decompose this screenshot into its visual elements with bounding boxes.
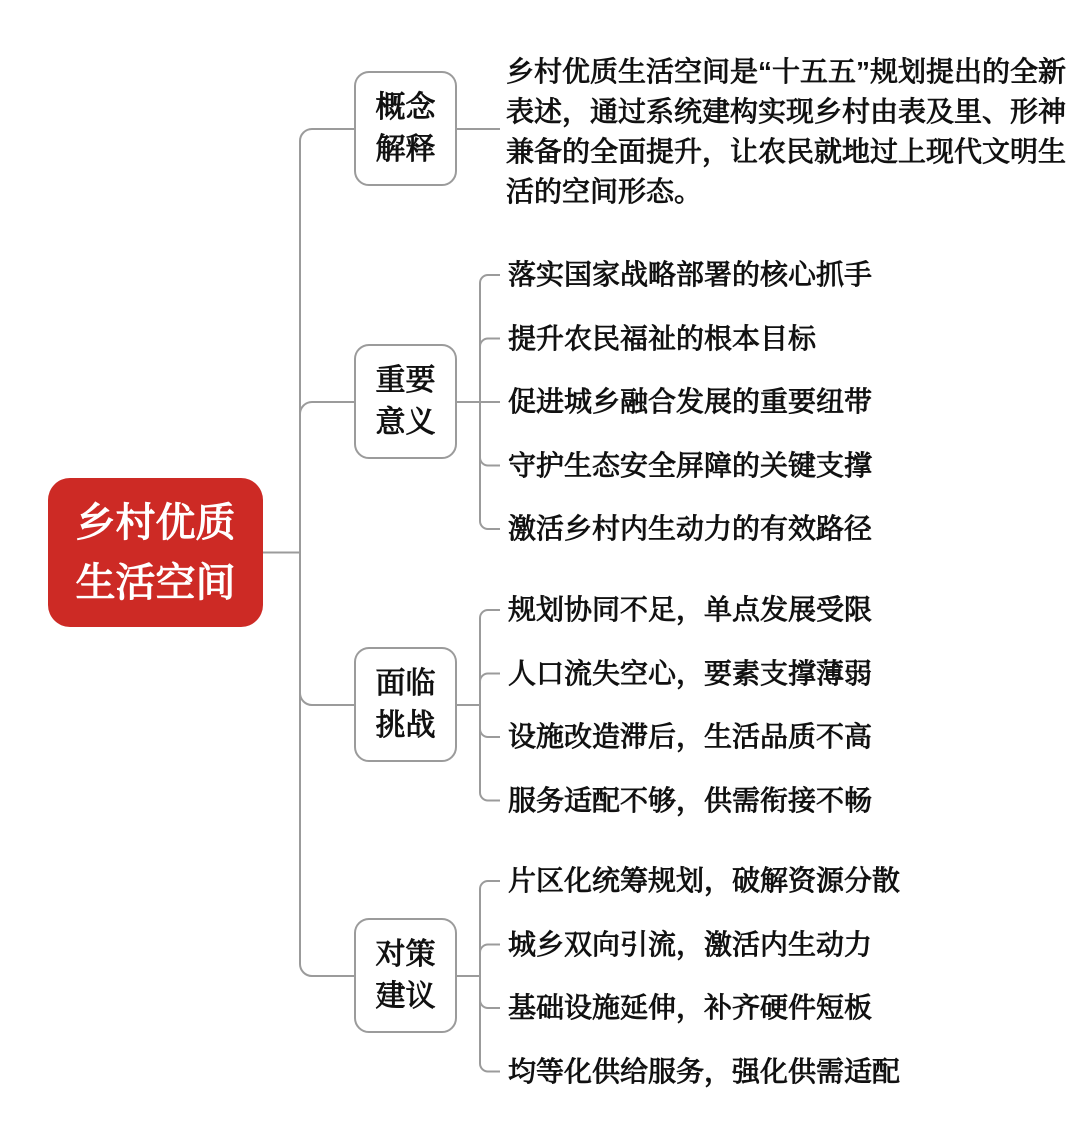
subtopic-item[interactable]: 规划协同不足，单点发展受限 [508, 593, 872, 627]
subtopic-item[interactable]: 促进城乡融合发展的重要纽带 [508, 385, 872, 419]
subtopic-item[interactable]: 守护生态安全屏障的关键支撑 [508, 449, 872, 483]
subtopic-item[interactable]: 落实国家战略部署的核心抓手 [508, 258, 872, 292]
subtopic-concept-definition[interactable]: 乡村优质生活空间是“十五五”规划提出的全新表述，通过系统建构实现乡村由表及里、形… [506, 52, 1080, 212]
subtopic-item[interactable]: 设施改造滞后，生活品质不高 [508, 720, 872, 754]
branch-topic-countermeasures[interactable]: 对策 建议 [354, 918, 457, 1033]
root-topic-line-1: 乡村优质 [76, 493, 236, 553]
branch-label-line: 对策 [376, 934, 436, 976]
subtopic-item[interactable]: 提升农民福祉的根本目标 [508, 322, 816, 356]
root-topic-line-2: 生活空间 [76, 553, 236, 613]
branch-label-line: 挑战 [376, 705, 436, 747]
mindmap-canvas: 乡村优质 生活空间 概念 解释 重要 意义 面临 挑战 对策 建议 乡村优质生活… [0, 0, 1080, 1145]
subtopic-item[interactable]: 基础设施延伸，补齐硬件短板 [508, 991, 872, 1025]
branch-topic-challenges[interactable]: 面临 挑战 [354, 647, 457, 762]
subtopic-item[interactable]: 人口流失空心，要素支撑薄弱 [508, 657, 872, 691]
subtopic-item[interactable]: 城乡双向引流，激活内生动力 [508, 928, 872, 962]
branch-topic-concept-explanation[interactable]: 概念 解释 [354, 71, 457, 186]
branch-label-line: 面临 [376, 663, 436, 705]
branch-topic-significance[interactable]: 重要 意义 [354, 344, 457, 459]
subtopic-item[interactable]: 均等化供给服务，强化供需适配 [508, 1055, 900, 1089]
root-topic[interactable]: 乡村优质 生活空间 [48, 478, 263, 627]
subtopic-item[interactable]: 片区化统筹规划，破解资源分散 [508, 864, 900, 898]
branch-label-line: 概念 [376, 87, 436, 129]
branch-label-line: 建议 [376, 976, 436, 1018]
branch-label-line: 意义 [376, 402, 436, 444]
branch-label-line: 解释 [376, 129, 436, 171]
subtopic-item[interactable]: 激活乡村内生动力的有效路径 [508, 512, 872, 546]
subtopic-item[interactable]: 服务适配不够，供需衔接不畅 [508, 784, 872, 818]
branch-label-line: 重要 [376, 360, 436, 402]
